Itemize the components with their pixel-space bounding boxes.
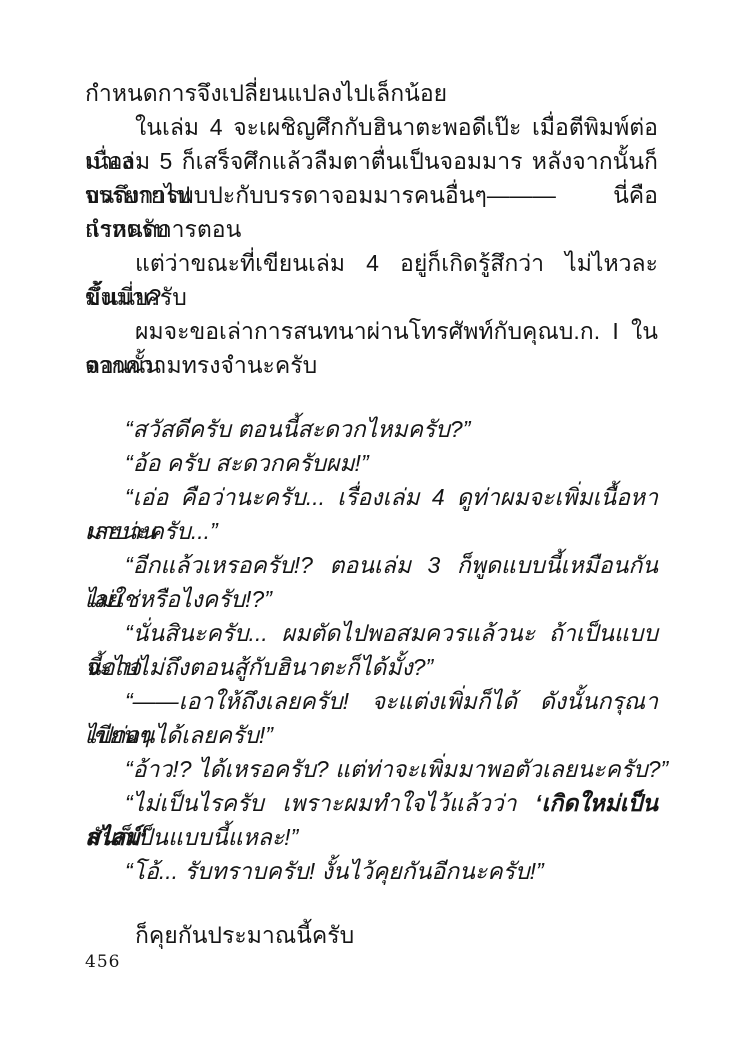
- narration-line: ผมจะขอเล่าการสนทนาผ่านโทรศัพท์กับคุณบ.ก.…: [85, 314, 658, 348]
- dialogue-line: “ไม่เป็นไรครับ เพราะผมทำใจไว้แล้วว่า ‘เก…: [85, 786, 658, 820]
- dialogue-line: “——เอาให้ถึงเลยครับ! จะแต่งเพิ่มก็ได้ ดั…: [85, 684, 658, 718]
- blank-line: [85, 382, 658, 412]
- dialogue-line: “อ้าว!? ได้เหรอครับ? แต่ท่าจะเพิ่มมาพอตั…: [85, 752, 658, 786]
- narration-line: แต่ว่าขณะที่เขียนเล่ม 4 อยู่ก็เกิดรู้สึก…: [85, 246, 658, 280]
- blank-line: [85, 888, 658, 918]
- narration-line: ในเล่ม 4 จะเผชิญศึกกับฮินาตะพอดีเป๊ะ เมื…: [85, 110, 658, 144]
- narration-line: ก็คุยกันประมาณนี้ครับ: [85, 918, 658, 952]
- narration-line: จากความทรงจำนะครับ: [85, 348, 658, 382]
- dialogue-line: มันก็เป็นแบบนี้แหละ!”: [85, 820, 658, 854]
- narration-line: จนถึงการพบปะกับบรรดาจอมมารคนอื่นๆ——— นี่…: [85, 178, 658, 212]
- dialogue-line: “อ้อ ครับ สะดวกครับผม!”: [85, 446, 658, 480]
- dialogue-line: “โอ้... รับทราบครับ! งั้นไว้คุยกันอีกนะค…: [85, 854, 658, 888]
- narration-line: กำหนดการจึงเปลี่ยนแปลงไปเล็กน้อย: [85, 76, 658, 110]
- narration-line: ขึ้นมาครับ: [85, 280, 658, 314]
- dialogue-text: “ไม่เป็นไรครับ เพราะผมทำใจไว้แล้วว่า: [125, 790, 535, 816]
- book-page: กำหนดการจึงเปลี่ยนแปลงไปเล็กน้อย ในเล่ม …: [0, 0, 738, 1051]
- text-content: กำหนดการจึงเปลี่ยนแปลงไปเล็กน้อย ในเล่ม …: [85, 76, 658, 952]
- dialogue-line: เลยน่ะครับ...”: [85, 514, 658, 548]
- dialogue-line: ไปก่อนได้เลยครับ!”: [85, 718, 658, 752]
- dialogue-line: “นั่นสินะครับ... ผมตัดไปพอสมควรแล้วนะ ถ้…: [85, 616, 658, 650]
- dialogue-line: ไม่ใช่หรือไงครับ!?”: [85, 582, 658, 616]
- page-number: 456: [85, 952, 120, 972]
- dialogue-line: “อีกแล้วเหรอครับ!? ตอนเล่ม 3 ก็พูดแบบนี้…: [85, 548, 658, 582]
- narration-line: มาเล่ม 5 ก็เสร็จศึกแล้วลืมตาตื่นเป็นจอมม…: [85, 144, 658, 178]
- dialogue-line: จะไปไม่ถึงตอนสู้กับฮินาตะก็ได้มั้ง?”: [85, 650, 658, 684]
- dialogue-line: “สวัสดีครับ ตอนนี้สะดวกไหมครับ?”: [85, 412, 658, 446]
- dialogue-line: “เอ่อ คือว่านะครับ... เรื่องเล่ม 4 ดูท่า…: [85, 480, 658, 514]
